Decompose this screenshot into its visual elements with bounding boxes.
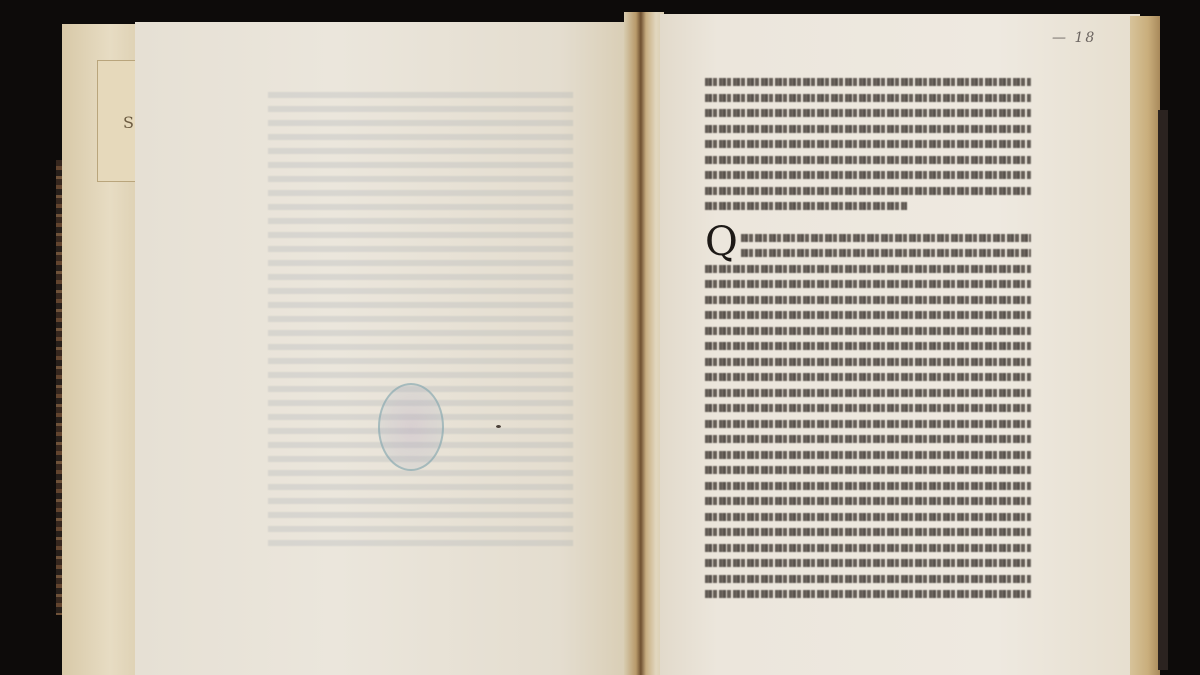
text-line — [705, 404, 1031, 412]
flyleaf-label-glyph: S — [123, 113, 134, 132]
text-line — [705, 342, 1031, 350]
text-line — [705, 125, 1031, 133]
text-line — [705, 590, 1031, 598]
text-line — [705, 311, 1031, 319]
text-line — [705, 78, 1031, 86]
text-line — [705, 265, 1031, 273]
text-line — [705, 482, 1031, 490]
photo-scene: S — 18 — [0, 0, 1200, 675]
heading-paragraph — [705, 78, 1031, 210]
text-line — [705, 497, 1031, 505]
library-stamp — [378, 383, 444, 471]
body-paragraph — [705, 234, 1031, 599]
page-block-edge — [1130, 16, 1160, 675]
text-line — [705, 358, 1031, 366]
text-line — [705, 296, 1031, 304]
text-line — [705, 156, 1031, 164]
text-line — [705, 202, 907, 210]
text-line — [705, 575, 1031, 583]
text-line — [705, 327, 1031, 335]
text-line — [705, 528, 1031, 536]
book-cover-edge — [1158, 110, 1168, 670]
text-line — [705, 373, 1031, 381]
show-through-text — [268, 92, 573, 552]
text-line — [705, 389, 1031, 397]
text-line — [705, 466, 1031, 474]
text-line — [705, 544, 1031, 552]
text-line — [741, 249, 1031, 257]
text-line — [705, 420, 1031, 428]
folio-mark: — 18 — [1052, 30, 1096, 46]
scene-description: Open antique printed book (incunabulum) … — [0, 0, 1, 1]
printed-text-block — [705, 78, 1031, 606]
text-line — [741, 234, 1031, 242]
text-line — [705, 187, 1031, 195]
text-line — [705, 94, 1031, 102]
text-line — [705, 451, 1031, 459]
text-line — [705, 559, 1031, 567]
text-line — [705, 280, 1031, 288]
text-line — [705, 513, 1031, 521]
drop-cap-initial: Q — [705, 222, 738, 262]
paper-speck — [496, 425, 501, 428]
text-line — [705, 435, 1031, 443]
text-line — [705, 171, 1031, 179]
text-line — [705, 140, 1031, 148]
text-line — [705, 109, 1031, 117]
book-gutter — [624, 12, 664, 675]
